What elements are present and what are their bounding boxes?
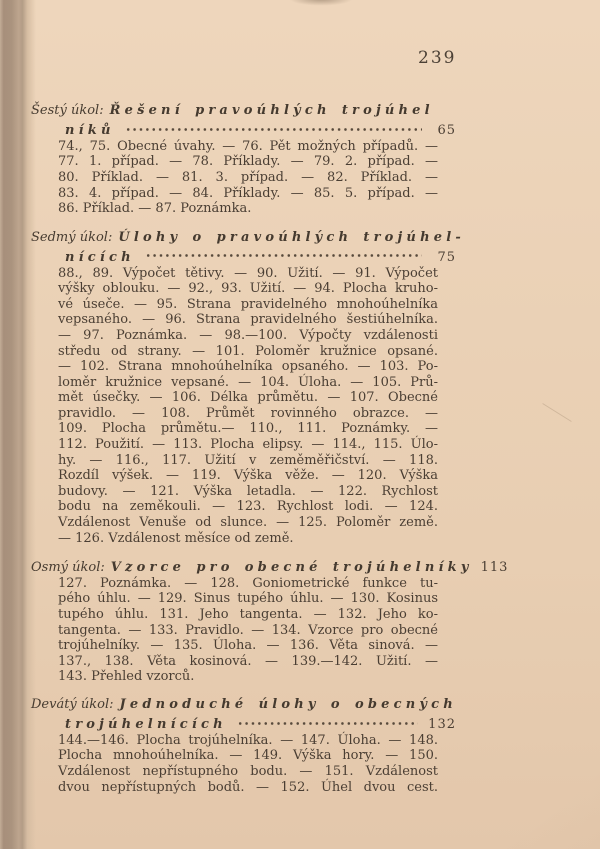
section-title-continuation: níků: [65, 123, 115, 139]
toc-body-line: výšky oblouku. — 92., 93. Užití. — 94. P…: [58, 281, 438, 297]
toc-body-line: 77. 1. případ. — 78. Příklady. — 79. 2. …: [58, 154, 438, 170]
toc-section-osmy-ukol: Osmý úkol:Vzorce pro obecné trojúhelníky…: [58, 560, 438, 685]
toc-body-line: 86. Příklad. — 87. Poznámka.: [58, 201, 438, 217]
section-page-ref: 132: [428, 717, 456, 733]
toc-body-line: 74., 75. Obecné úvahy. — 76. Pět možných…: [58, 139, 438, 155]
toc-body-line: — 102. Strana mnohoúhelníka opsaného. — …: [58, 359, 438, 375]
toc-body-line: Vzdálenost nepřístupného bodu. — 151. Vz…: [58, 764, 438, 780]
section-heading-line2: níků 65: [58, 119, 456, 139]
toc-body-line: — 97. Poznámka. — 98.—100. Výpočty vzdál…: [58, 328, 438, 344]
toc-body-line: — 126. Vzdálenost měsíce od země.: [58, 531, 438, 547]
toc-body-line: 80. Příklad. — 81. 3. případ. — 82. Přík…: [58, 170, 438, 186]
section-title: Řešení pravoúhlých trojúhel: [110, 103, 434, 118]
section-title-continuation: nících: [65, 250, 135, 266]
section-body: 74., 75. Obecné úvahy. — 76. Pět možných…: [58, 139, 438, 217]
section-heading-line2: trojúhelnících 132: [58, 713, 456, 733]
dot-leader: [236, 713, 418, 729]
toc-body-line: Plocha mnohoúhelníka. — 149. Výška hory.…: [58, 748, 438, 764]
scan-scratch: [542, 403, 571, 422]
toc-section-sesty-ukol: Šestý úkol:Řešení pravoúhlých trojúhel n…: [58, 103, 438, 217]
toc-body-line: budovy. — 121. Výška letadla. — 122. Ryc…: [58, 484, 438, 500]
section-heading-line1: Šestý úkol:Řešení pravoúhlých trojúhel: [31, 103, 438, 119]
toc-body-line: trojúhelníky. — 135. Úloha. — 136. Věta …: [58, 638, 438, 654]
toc-body-line: tangenta. — 133. Pravidlo. — 134. Vzorce…: [58, 623, 438, 639]
binding-edge-shadow: [0, 0, 36, 849]
section-label: Šestý úkol:: [31, 103, 104, 118]
section-page-ref: 75: [432, 250, 456, 266]
toc-body-line: 109. Plocha průmětu.— 110., 111. Poznámk…: [58, 421, 438, 437]
toc-body-line: dvou nepřístupných bodů. — 152. Úhel dvo…: [58, 780, 438, 796]
section-label: Osmý úkol:: [31, 560, 105, 576]
section-title: Úlohy o pravoúhlých trojúhel-: [118, 230, 465, 245]
toc-body-line: 83. 4. případ. — 84. Příklady. — 85. 5. …: [58, 186, 438, 202]
toc-body-line: 144.—146. Plocha trojúhelníka. — 147. Úl…: [58, 733, 438, 749]
toc-body-line: pého úhlu. — 129. Sinus tupého úhlu. — 1…: [58, 591, 438, 607]
book-page: 239 Šestý úkol:Řešení pravoúhlých trojúh…: [0, 0, 600, 849]
section-body: 144.—146. Plocha trojúhelníka. — 147. Úl…: [58, 733, 438, 795]
table-of-contents: Šestý úkol:Řešení pravoúhlých trojúhel n…: [58, 103, 438, 795]
toc-body-line: 137., 138. Věta kosinová. — 139.—142. Už…: [58, 654, 438, 670]
section-title: Vzorce pro obecné trojúhelníky: [111, 560, 473, 576]
section-heading-line1: Devátý úkol:Jednoduché úlohy o obecných: [31, 697, 438, 713]
toc-body-line: vepsaného. — 96. Strana pravidelného šes…: [58, 312, 438, 328]
toc-body-line: bodu na zeměkouli. — 123. Rychlost lodi.…: [58, 499, 438, 515]
section-body: 88., 89. Výpočet tětivy. — 90. Užití. — …: [58, 266, 438, 547]
section-title-continuation: trojúhelnících: [65, 717, 227, 733]
toc-body-line: 143. Přehled vzorců.: [58, 669, 438, 685]
toc-body-line: Vzdálenost Venuše od slunce. — 125. Polo…: [58, 515, 438, 531]
toc-body-line: pravidlo. — 108. Průmět rovinného obrazc…: [58, 406, 438, 422]
toc-body-line: mět úsečky. — 106. Délka průmětu. — 107.…: [58, 390, 438, 406]
section-heading-line1: Osmý úkol:Vzorce pro obecné trojúhelníky…: [31, 560, 456, 576]
toc-body-line: loměr kružnice vepsané. — 104. Úloha. — …: [58, 375, 438, 391]
toc-body-line: 88., 89. Výpočet tětivy. — 90. Užití. — …: [58, 266, 438, 282]
section-label: Devátý úkol:: [31, 697, 114, 712]
toc-body-line: vé úseče. — 95. Strana pravidelného mnoh…: [58, 297, 438, 313]
toc-body-line: hy. — 116., 117. Užití v zeměměřičství. …: [58, 453, 438, 469]
section-body: 127. Poznámka. — 128. Goniometrické funk…: [58, 576, 438, 685]
dot-leader: [144, 245, 422, 261]
section-page-ref: 65: [432, 123, 456, 139]
page-number: 239: [418, 48, 456, 68]
section-heading-line2: nících 75: [58, 245, 456, 265]
toc-body-line: 127. Poznámka. — 128. Goniometrické funk…: [58, 576, 438, 592]
toc-body-line: tupého úhlu. 131. Jeho tangenta. — 132. …: [58, 607, 438, 623]
scan-smudge: [288, 0, 354, 6]
toc-section-devaty-ukol: Devátý úkol:Jednoduché úlohy o obecných …: [58, 697, 438, 795]
section-page-ref: 113: [481, 560, 505, 576]
section-heading-line1: Sedmý úkol:Úlohy o pravoúhlých trojúhel-: [31, 230, 438, 246]
section-label: Sedmý úkol:: [31, 230, 112, 245]
dot-leader: [124, 119, 422, 135]
toc-section-sedmy-ukol: Sedmý úkol:Úlohy o pravoúhlých trojúhel-…: [58, 230, 438, 546]
section-title: Jednoduché úlohy o obecných: [120, 697, 457, 712]
toc-body-line: středu od strany. — 101. Poloměr kružnic…: [58, 344, 438, 360]
toc-body-line: Rozdíl výšek. — 119. Výška věže. — 120. …: [58, 468, 438, 484]
toc-body-line: 112. Použití. — 113. Plocha elipsy. — 11…: [58, 437, 438, 453]
